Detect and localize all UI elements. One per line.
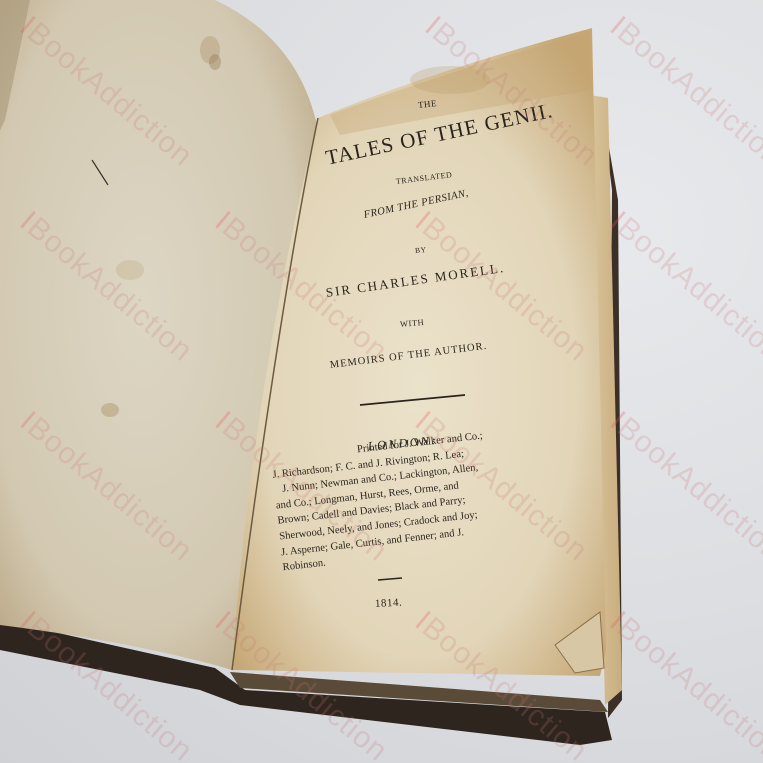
book-photo: THE TALES OF THE GENII. TRANSLATED FROM …: [0, 0, 763, 763]
